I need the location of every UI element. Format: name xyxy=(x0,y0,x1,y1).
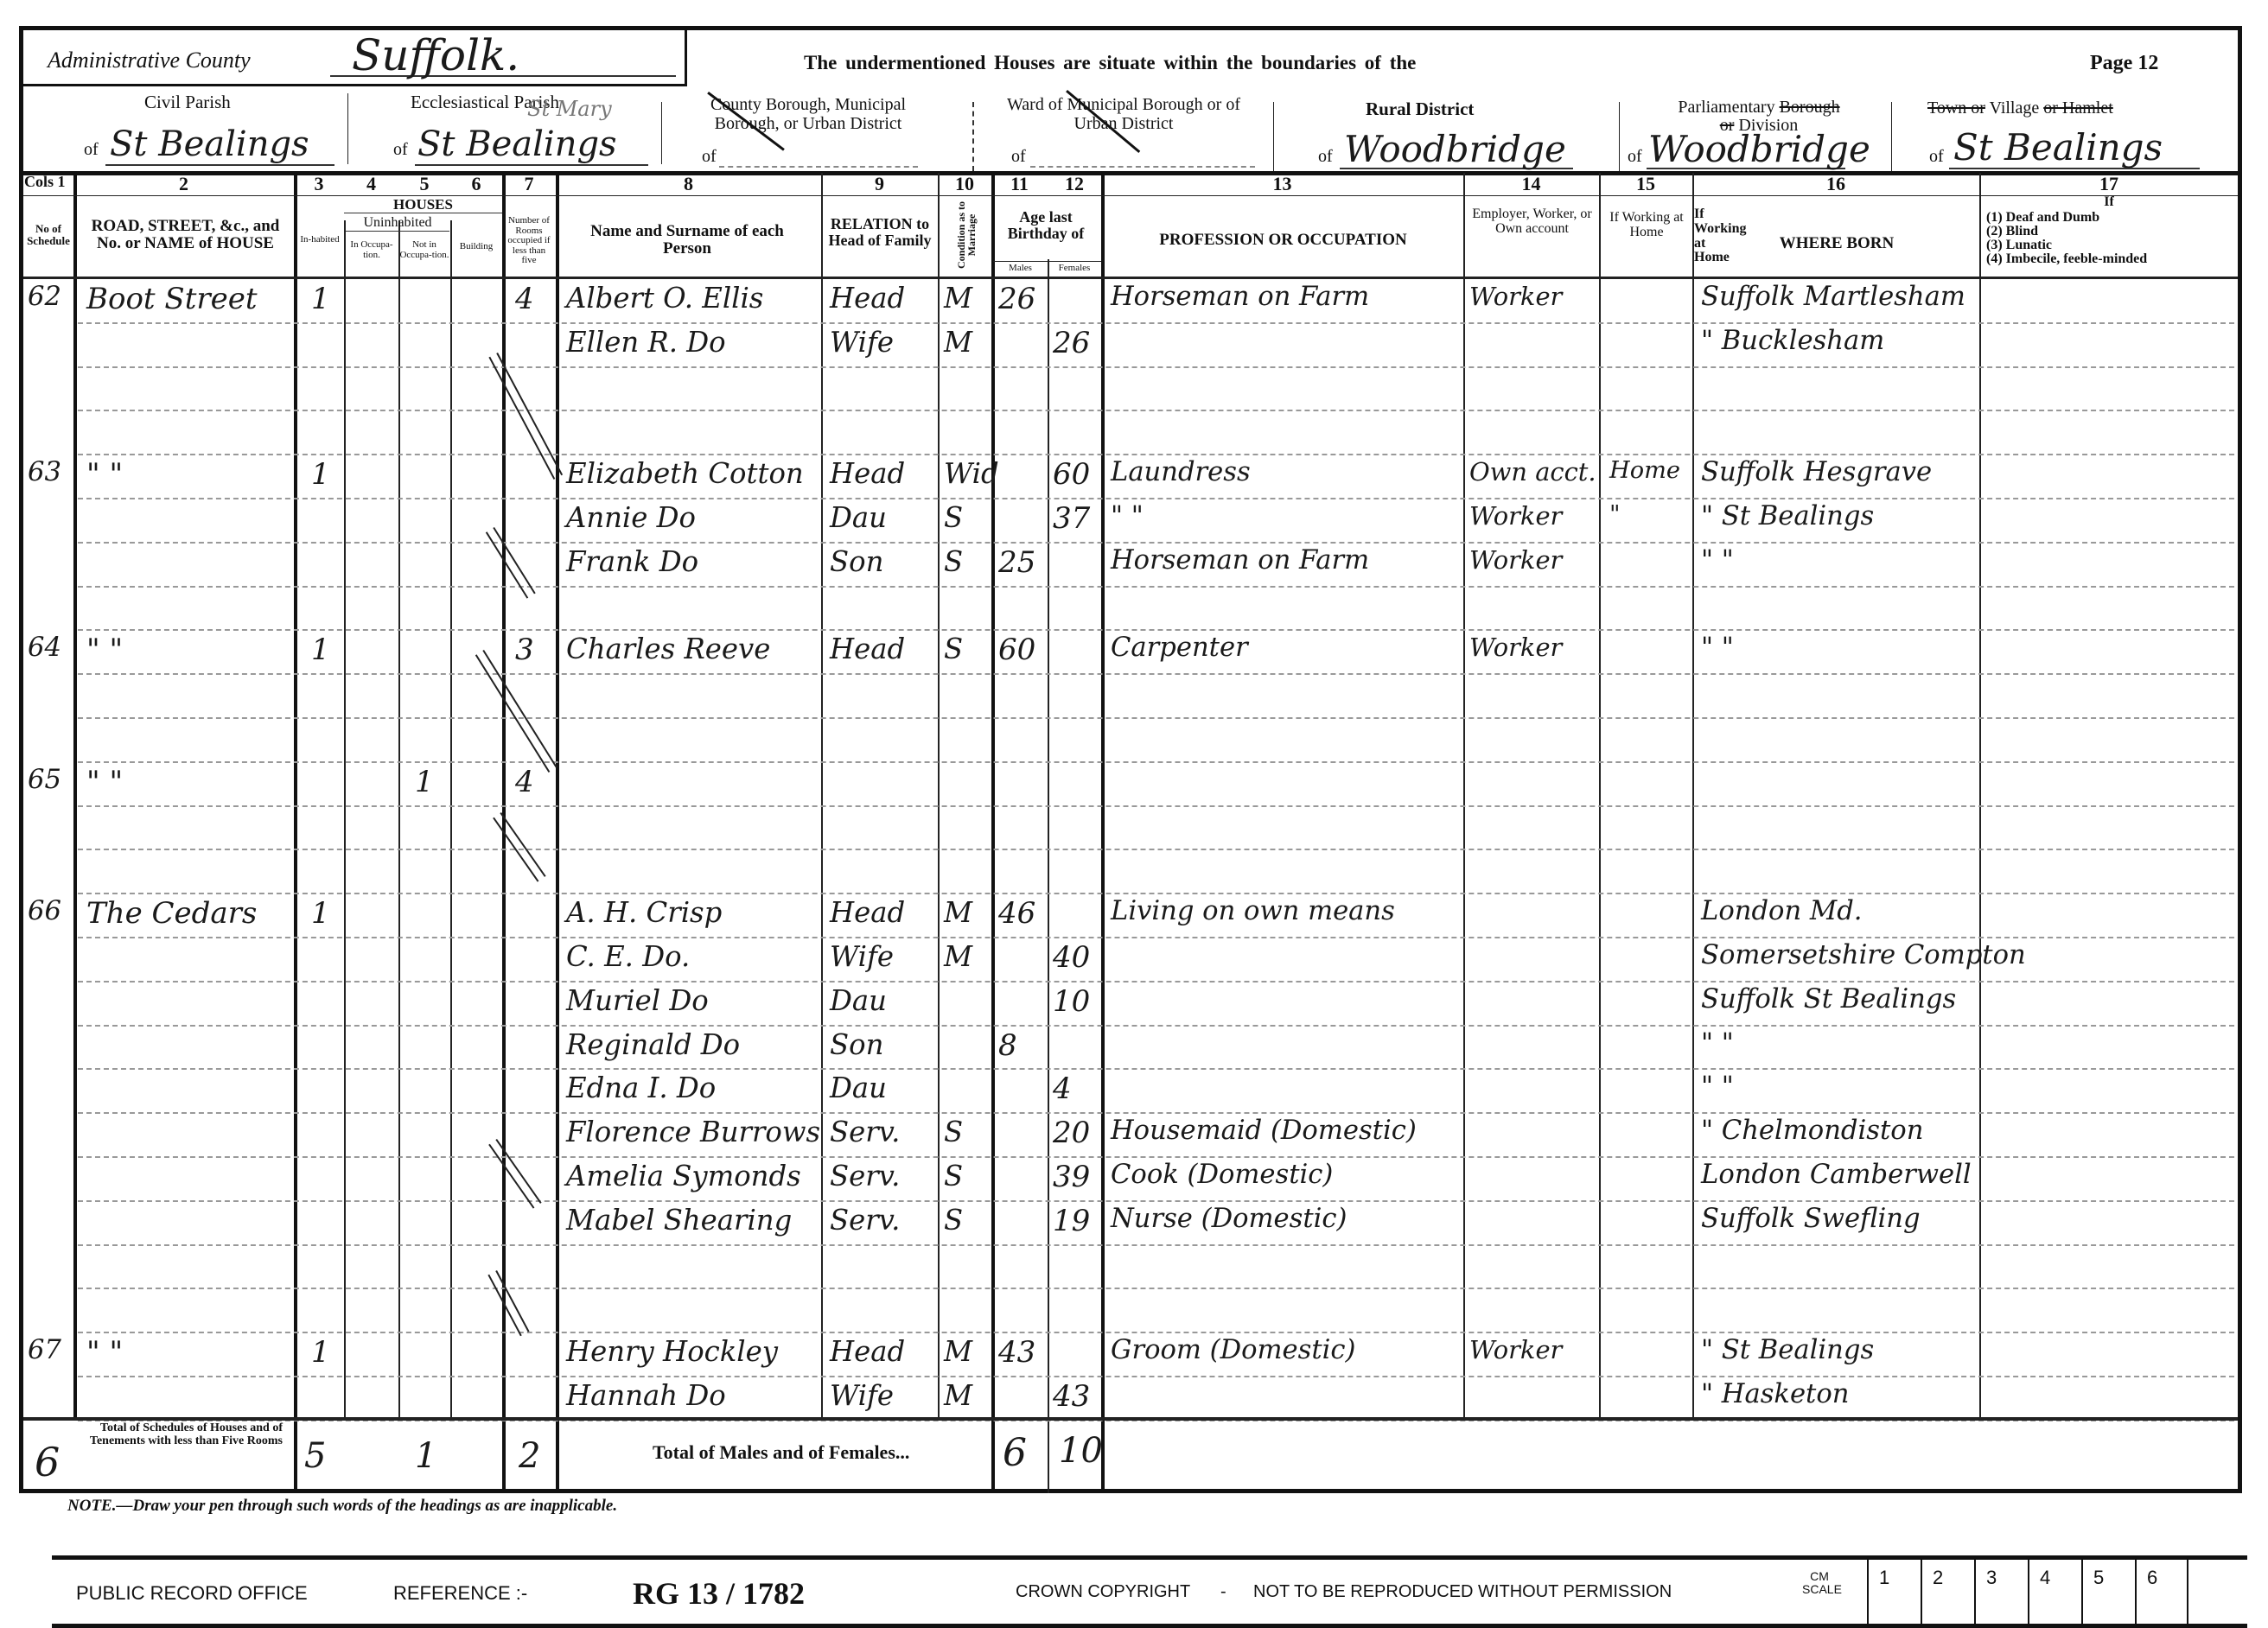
cell-occupation: Nurse (Domestic) xyxy=(1111,1204,1347,1234)
col-number: 14 xyxy=(1463,173,1599,195)
col-number: 5 xyxy=(398,173,450,195)
cell-rooms: 4 xyxy=(515,765,534,799)
cell-female-age: 43 xyxy=(1053,1379,1090,1414)
col-line xyxy=(1048,259,1049,1493)
cell-name: Henry Hockley xyxy=(566,1335,778,1368)
infirmity-line: (4) Imbecile, feeble-minded xyxy=(1986,252,2237,266)
header-infirmity-if: If xyxy=(1979,195,2239,210)
ruled-line xyxy=(78,542,2234,544)
ruled-line xyxy=(78,410,2234,411)
header-infirmity: (1) Deaf and Dumb (2) Blind (3) Lunatic … xyxy=(1986,211,2237,266)
cell-schedule: 64 xyxy=(28,633,61,663)
scale-mark: 5 xyxy=(2081,1560,2135,1624)
cell-name: Florence Burrows xyxy=(566,1116,820,1148)
scale-number: 6 xyxy=(2147,1567,2157,1589)
scale-number: 3 xyxy=(1986,1567,1997,1589)
header-inhabited: In-habited xyxy=(296,235,344,245)
cell-name: Edna I. Do xyxy=(566,1072,716,1104)
ruled-line xyxy=(78,893,2234,894)
cm-scale-label: CM SCALE xyxy=(1802,1570,1837,1597)
cell-born: Somersetshire Compton xyxy=(1701,940,2026,970)
cell-name: A. H. Crisp xyxy=(566,896,722,929)
cell-relation: Serv. xyxy=(830,1160,900,1192)
page-number: Page 12 xyxy=(2090,52,2158,75)
scale-number: 1 xyxy=(1879,1567,1889,1589)
cell-name: Reginald Do xyxy=(566,1028,740,1061)
header-employer: Employer, Worker, or Own account xyxy=(1465,207,1599,237)
cell-home: Home xyxy=(1609,457,1680,484)
header-where-born: WHERE BORN xyxy=(1694,235,1979,252)
cell-female-age: 60 xyxy=(1053,457,1090,492)
ruled-line xyxy=(78,1156,2234,1158)
reproduction-notice: NOT TO BE REPRODUCED WITHOUT PERMISSION xyxy=(1253,1582,1672,1602)
underline xyxy=(105,164,334,166)
cell-home: " xyxy=(1609,501,1621,528)
cell-inhabited: 1 xyxy=(311,457,330,492)
total-females: 10 xyxy=(1059,1431,1103,1471)
underline xyxy=(1030,166,1255,168)
cell-born: " " xyxy=(1701,633,1734,663)
cell-relation: Dau xyxy=(830,1072,887,1104)
header-rooms: Number of Rooms occupied if less than fi… xyxy=(504,216,554,266)
ruled-line xyxy=(78,366,2234,368)
cell-female-age: 39 xyxy=(1053,1160,1090,1194)
divider xyxy=(347,93,348,164)
copyright: CROWN COPYRIGHT xyxy=(1016,1582,1190,1602)
cell-born: " Chelmondiston xyxy=(1701,1116,1923,1146)
cell-male-age: 25 xyxy=(998,545,1035,580)
cell-schedule: 62 xyxy=(28,282,61,312)
scale-number: 5 xyxy=(2093,1567,2104,1589)
cell-name: Ellen R. Do xyxy=(566,326,726,359)
total-uninhabited-not: 1 xyxy=(415,1436,436,1476)
cell-condition: S xyxy=(944,1116,963,1148)
cell-condition: Wid xyxy=(944,457,999,490)
cell-road: " " xyxy=(86,765,123,799)
cell-schedule: 67 xyxy=(28,1335,61,1365)
cell-occupation: Carpenter xyxy=(1111,633,1248,663)
cell-occupation: Laundress xyxy=(1111,457,1251,487)
col-number: 12 xyxy=(1048,173,1101,195)
cell-relation: Wife xyxy=(830,1379,894,1412)
header-name: Name and Surname of each Person xyxy=(570,223,804,258)
town-village-field: Town or Village or Hamlet of St Bealings xyxy=(1893,86,2239,171)
cell-male-age: 46 xyxy=(998,896,1035,931)
cell-relation: Wife xyxy=(830,940,894,973)
divider xyxy=(1273,102,1274,171)
col-line xyxy=(450,220,452,1417)
col-number: 7 xyxy=(502,173,556,195)
intro-text: The undermentioned Houses are situate wi… xyxy=(804,52,1416,74)
ward-field: Ward of Municipal Borough or of Urban Di… xyxy=(977,86,1271,171)
header-building: Building xyxy=(451,242,501,252)
cell-condition: S xyxy=(944,545,963,578)
of-label: of xyxy=(1011,147,1026,167)
col-line xyxy=(344,220,346,1417)
cell-relation: Serv. xyxy=(830,1116,900,1148)
divider xyxy=(1619,102,1620,171)
cell-born: London Camberwell xyxy=(1701,1160,1972,1190)
total-males: 6 xyxy=(1003,1431,1027,1475)
rural-district-label: Rural District xyxy=(1366,99,1474,120)
cell-born: " St Bealings xyxy=(1701,1335,1874,1365)
ruled-line xyxy=(78,805,2234,807)
rural-district-value: Woodbridge xyxy=(1344,128,1566,170)
cell-relation: Head xyxy=(830,633,905,665)
col-number: 16 xyxy=(1692,173,1979,195)
rural-district-field: Rural District of Woodbridge xyxy=(1275,86,1595,171)
col-line xyxy=(1979,173,1981,1417)
cell-employer: Own acct. xyxy=(1469,457,1596,486)
admin-county-label: Administrative County xyxy=(48,48,251,73)
of-label: of xyxy=(1318,147,1333,167)
of-label: of xyxy=(1628,147,1642,167)
cell-occupation: Living on own means xyxy=(1111,896,1395,926)
col-number: 9 xyxy=(821,173,938,195)
cell-female-age: 26 xyxy=(1053,326,1090,360)
totals-label: Total of Schedules of Houses and of Tene… xyxy=(82,1421,283,1448)
cell-female-age: 40 xyxy=(1053,940,1090,975)
civil-parish-label: Civil Parish xyxy=(144,92,231,113)
header-bottom-rule xyxy=(23,277,2238,279)
col-number: 6 xyxy=(450,173,502,195)
cell-born: " " xyxy=(1701,1028,1734,1059)
cell-schedule: 65 xyxy=(28,765,61,795)
header-relation: RELATION to Head of Family xyxy=(823,216,937,249)
cell-condition: M xyxy=(944,940,972,973)
ruled-line xyxy=(78,629,2234,631)
ruled-line xyxy=(78,1376,2234,1377)
col-number: 8 xyxy=(556,173,821,195)
ecclesiastical-parish-value: St Bealings xyxy=(417,124,617,164)
cell-male-age: 8 xyxy=(998,1028,1017,1063)
header-in-occupation: In Occupa-tion. xyxy=(346,240,398,260)
cell-inhabited: 1 xyxy=(311,282,330,316)
cell-name: C. E. Do. xyxy=(566,940,690,973)
separator: - xyxy=(1220,1582,1226,1602)
cell-born: " Hasketon xyxy=(1701,1379,1849,1409)
col-line xyxy=(1101,173,1105,1493)
header-condition-text: Condition as to Marriage xyxy=(956,192,977,278)
cell-relation: Son xyxy=(830,1028,883,1061)
col-line xyxy=(991,173,995,1493)
cell-condition: M xyxy=(944,326,972,359)
cell-born: " Bucklesham xyxy=(1701,326,1884,356)
archive-office: PUBLIC RECORD OFFICE xyxy=(76,1582,308,1605)
scale-mark: 4 xyxy=(2028,1560,2081,1624)
header-working-home-text: If Working at Home xyxy=(1603,211,1690,240)
cell-born: Suffolk Hesgrave xyxy=(1701,457,1932,487)
cell-uninhabited-not: 1 xyxy=(415,765,434,799)
parliamentary-value: Woodbridge xyxy=(1648,128,1870,170)
header-schedule: No of Schedule xyxy=(24,223,73,246)
ruled-line xyxy=(78,498,2234,499)
reference-label: REFERENCE :- xyxy=(393,1582,527,1605)
cell-occupation: Horseman on Farm xyxy=(1111,545,1369,576)
total-schedules: 6 xyxy=(35,1439,60,1485)
cell-road: " " xyxy=(86,1335,123,1370)
cell-born: " " xyxy=(1701,1072,1734,1102)
cell-relation: Serv. xyxy=(830,1204,900,1237)
parliamentary-field: Parliamentary Boroughor Division of Wood… xyxy=(1621,86,1889,171)
cell-condition: S xyxy=(944,1204,963,1237)
note-text: NOTE.—Draw your pen through such words o… xyxy=(67,1497,617,1516)
col-line xyxy=(556,173,559,1493)
ruled-line xyxy=(78,454,2234,455)
colnum-rule xyxy=(23,195,2238,196)
header-uninhabited: Uninhabited xyxy=(346,216,449,232)
scale-number: 2 xyxy=(1933,1567,1943,1589)
infirmity-line: (1) Deaf and Dumb xyxy=(1986,211,2237,225)
cell-occupation: Housemaid (Domestic) xyxy=(1111,1116,1417,1146)
col-line xyxy=(1463,173,1465,1417)
col-number: 15 xyxy=(1599,173,1692,195)
cell-occupation: Groom (Domestic) xyxy=(1111,1335,1356,1365)
cell-road: Boot Street xyxy=(86,282,258,316)
cell-inhabited: 1 xyxy=(311,633,330,667)
town-village-label: Town or Village or Hamlet xyxy=(1927,99,2113,118)
cell-relation: Head xyxy=(830,896,905,929)
ruled-line xyxy=(78,1200,2234,1202)
cell-road: The Cedars xyxy=(86,896,257,931)
ruled-line xyxy=(78,322,2234,324)
underline xyxy=(415,164,648,166)
cell-name: Albert O. Ellis xyxy=(566,282,763,315)
cell-relation: Head xyxy=(830,1335,905,1368)
divider xyxy=(972,102,974,171)
cell-employer: Worker xyxy=(1469,282,1562,311)
civil-parish-value: St Bealings xyxy=(110,124,309,164)
scale-mark: 3 xyxy=(1974,1560,2028,1624)
cell-employer: Worker xyxy=(1469,1335,1562,1364)
cell-rooms: 3 xyxy=(515,633,534,667)
cell-condition: S xyxy=(944,633,963,665)
of-label: of xyxy=(84,140,99,160)
cell-female-age: 19 xyxy=(1053,1204,1090,1238)
ruled-line xyxy=(78,1288,2234,1289)
cell-road: " " xyxy=(86,633,123,667)
cell-born: London Md. xyxy=(1701,896,1863,926)
of-label: of xyxy=(1929,147,1944,167)
cell-inhabited: 1 xyxy=(311,1335,330,1370)
cell-name: Charles Reeve xyxy=(566,633,770,665)
cell-female-age: 10 xyxy=(1053,984,1090,1019)
age-subrule xyxy=(993,261,1101,262)
cell-employer: Worker xyxy=(1469,501,1562,531)
ecclesiastical-note: St Mary xyxy=(527,97,612,121)
ruled-line xyxy=(78,1068,2234,1070)
ward-label: Ward of Municipal Borough or of Urban Di… xyxy=(994,95,1253,133)
scale-mark: 2 xyxy=(1921,1560,1974,1624)
total-inhabited: 5 xyxy=(304,1436,326,1476)
cell-name: Hannah Do xyxy=(566,1379,726,1412)
cell-relation: Head xyxy=(830,282,905,315)
header-condition: Condition as to Marriage xyxy=(940,199,991,277)
col-line xyxy=(821,173,823,1417)
cell-female-age: 4 xyxy=(1053,1072,1072,1106)
cell-name: Frank Do xyxy=(566,545,698,578)
col-number: 3 xyxy=(294,173,344,195)
header-males: Males xyxy=(993,264,1048,274)
ruled-line xyxy=(78,1244,2234,1246)
divider xyxy=(1891,102,1892,171)
cell-relation: Son xyxy=(830,545,883,578)
header-occupation: PROFESSION OR OCCUPATION xyxy=(1103,232,1463,249)
ruled-line xyxy=(78,849,2234,850)
cell-occupation: " " xyxy=(1111,501,1144,531)
cell-born: " " xyxy=(1701,545,1734,576)
col-line xyxy=(1599,173,1601,1417)
total-rooms: 2 xyxy=(519,1436,540,1476)
col-line xyxy=(938,173,940,1417)
cell-name: Annie Do xyxy=(566,501,696,534)
col-number: 17 xyxy=(1979,173,2239,195)
cell-relation: Dau xyxy=(830,984,887,1017)
col-line xyxy=(398,220,400,1417)
cell-relation: Wife xyxy=(830,326,894,359)
header-age: Age last Birthday of xyxy=(1003,209,1089,242)
ruled-line xyxy=(78,1112,2234,1114)
cell-condition: M xyxy=(944,1335,972,1368)
header-road: ROAD, STREET, &c., and No. or NAME of HO… xyxy=(80,218,291,252)
header-not-in-occupation: Not in Occupa-tion. xyxy=(399,240,449,260)
cell-relation: Head xyxy=(830,457,905,490)
ruled-line xyxy=(78,1025,2234,1027)
ruled-line xyxy=(78,937,2234,938)
cell-name: Muriel Do xyxy=(566,984,709,1017)
cell-male-age: 60 xyxy=(998,633,1035,667)
scale-mark: 6 xyxy=(2135,1560,2188,1624)
cell-name: Elizabeth Cotton xyxy=(566,457,804,490)
cell-condition: M xyxy=(944,896,972,929)
cell-name: Mabel Shearing xyxy=(566,1204,792,1237)
cell-born: Suffolk Swefling xyxy=(1701,1204,1921,1234)
col-line xyxy=(294,173,297,1493)
cell-condition: M xyxy=(944,282,972,315)
underline xyxy=(719,166,918,168)
cell-employer: Worker xyxy=(1469,633,1562,662)
scale-number: 4 xyxy=(2040,1567,2050,1589)
admin-county-value: Suffolk. xyxy=(352,30,519,80)
col-line xyxy=(73,173,77,1417)
col-number: 4 xyxy=(344,173,398,195)
ecclesiastical-parish-field: Ecclesiastical Parish St Mary of St Beal… xyxy=(350,86,661,171)
cell-rooms: 4 xyxy=(515,282,534,316)
scale-mark: 1 xyxy=(1867,1560,1921,1624)
cell-condition: S xyxy=(944,1160,963,1192)
of-label: of xyxy=(702,147,717,167)
ruled-line xyxy=(78,981,2234,983)
infirmity-line: (3) Lunatic xyxy=(1986,238,2237,252)
col-number: 13 xyxy=(1101,173,1463,195)
cell-male-age: 43 xyxy=(998,1335,1035,1370)
totals-males-females-label: Total of Males and of Females... xyxy=(653,1441,909,1464)
cell-female-age: 20 xyxy=(1053,1116,1090,1150)
cell-condition: M xyxy=(944,1379,972,1412)
town-village-value: St Bealings xyxy=(1953,126,2163,169)
ruled-line xyxy=(78,586,2234,588)
civil-parish-field: Civil Parish of St Bealings xyxy=(23,86,347,171)
totals-rule xyxy=(23,1417,2238,1421)
of-label: of xyxy=(393,140,408,160)
infirmity-line: (2) Blind xyxy=(1986,225,2237,238)
admin-county-box: Administrative County Suffolk. xyxy=(23,30,687,86)
divider xyxy=(661,102,662,164)
cell-occupation: Cook (Domestic) xyxy=(1111,1160,1333,1190)
cell-born: Suffolk Martlesham xyxy=(1701,282,1965,312)
ruled-line xyxy=(78,761,2234,763)
cell-relation: Dau xyxy=(830,501,887,534)
cell-schedule: 63 xyxy=(28,457,61,487)
archive-footer: PUBLIC RECORD OFFICE REFERENCE :- RG 13 … xyxy=(52,1555,2247,1628)
cell-born: " St Bealings xyxy=(1701,501,1874,531)
cell-name: Amelia Symonds xyxy=(566,1160,801,1192)
header-females: Females xyxy=(1048,264,1101,274)
ruled-line xyxy=(78,717,2234,719)
cell-schedule: 66 xyxy=(28,896,61,926)
reference-value: RG 13 / 1782 xyxy=(633,1575,805,1612)
header-houses: HOUSES xyxy=(344,197,502,213)
cell-occupation: Horseman on Farm xyxy=(1111,282,1369,312)
ruled-line xyxy=(78,1332,2234,1333)
cell-inhabited: 1 xyxy=(311,896,330,931)
county-borough-field: County Borough, Municipal Borough, or Ur… xyxy=(666,86,951,171)
cell-male-age: 26 xyxy=(998,282,1035,316)
cell-born: Suffolk St Bealings xyxy=(1701,984,1956,1014)
cell-female-age: 37 xyxy=(1053,501,1090,536)
cell-condition: S xyxy=(944,501,963,534)
col-number: 2 xyxy=(73,173,294,195)
cell-road: " " xyxy=(86,457,123,492)
col-number: Cols 1 xyxy=(24,173,76,191)
cell-employer: Worker xyxy=(1469,545,1562,575)
col-line xyxy=(1692,173,1694,1417)
col-number: 11 xyxy=(991,173,1048,195)
ruled-line xyxy=(78,673,2234,675)
